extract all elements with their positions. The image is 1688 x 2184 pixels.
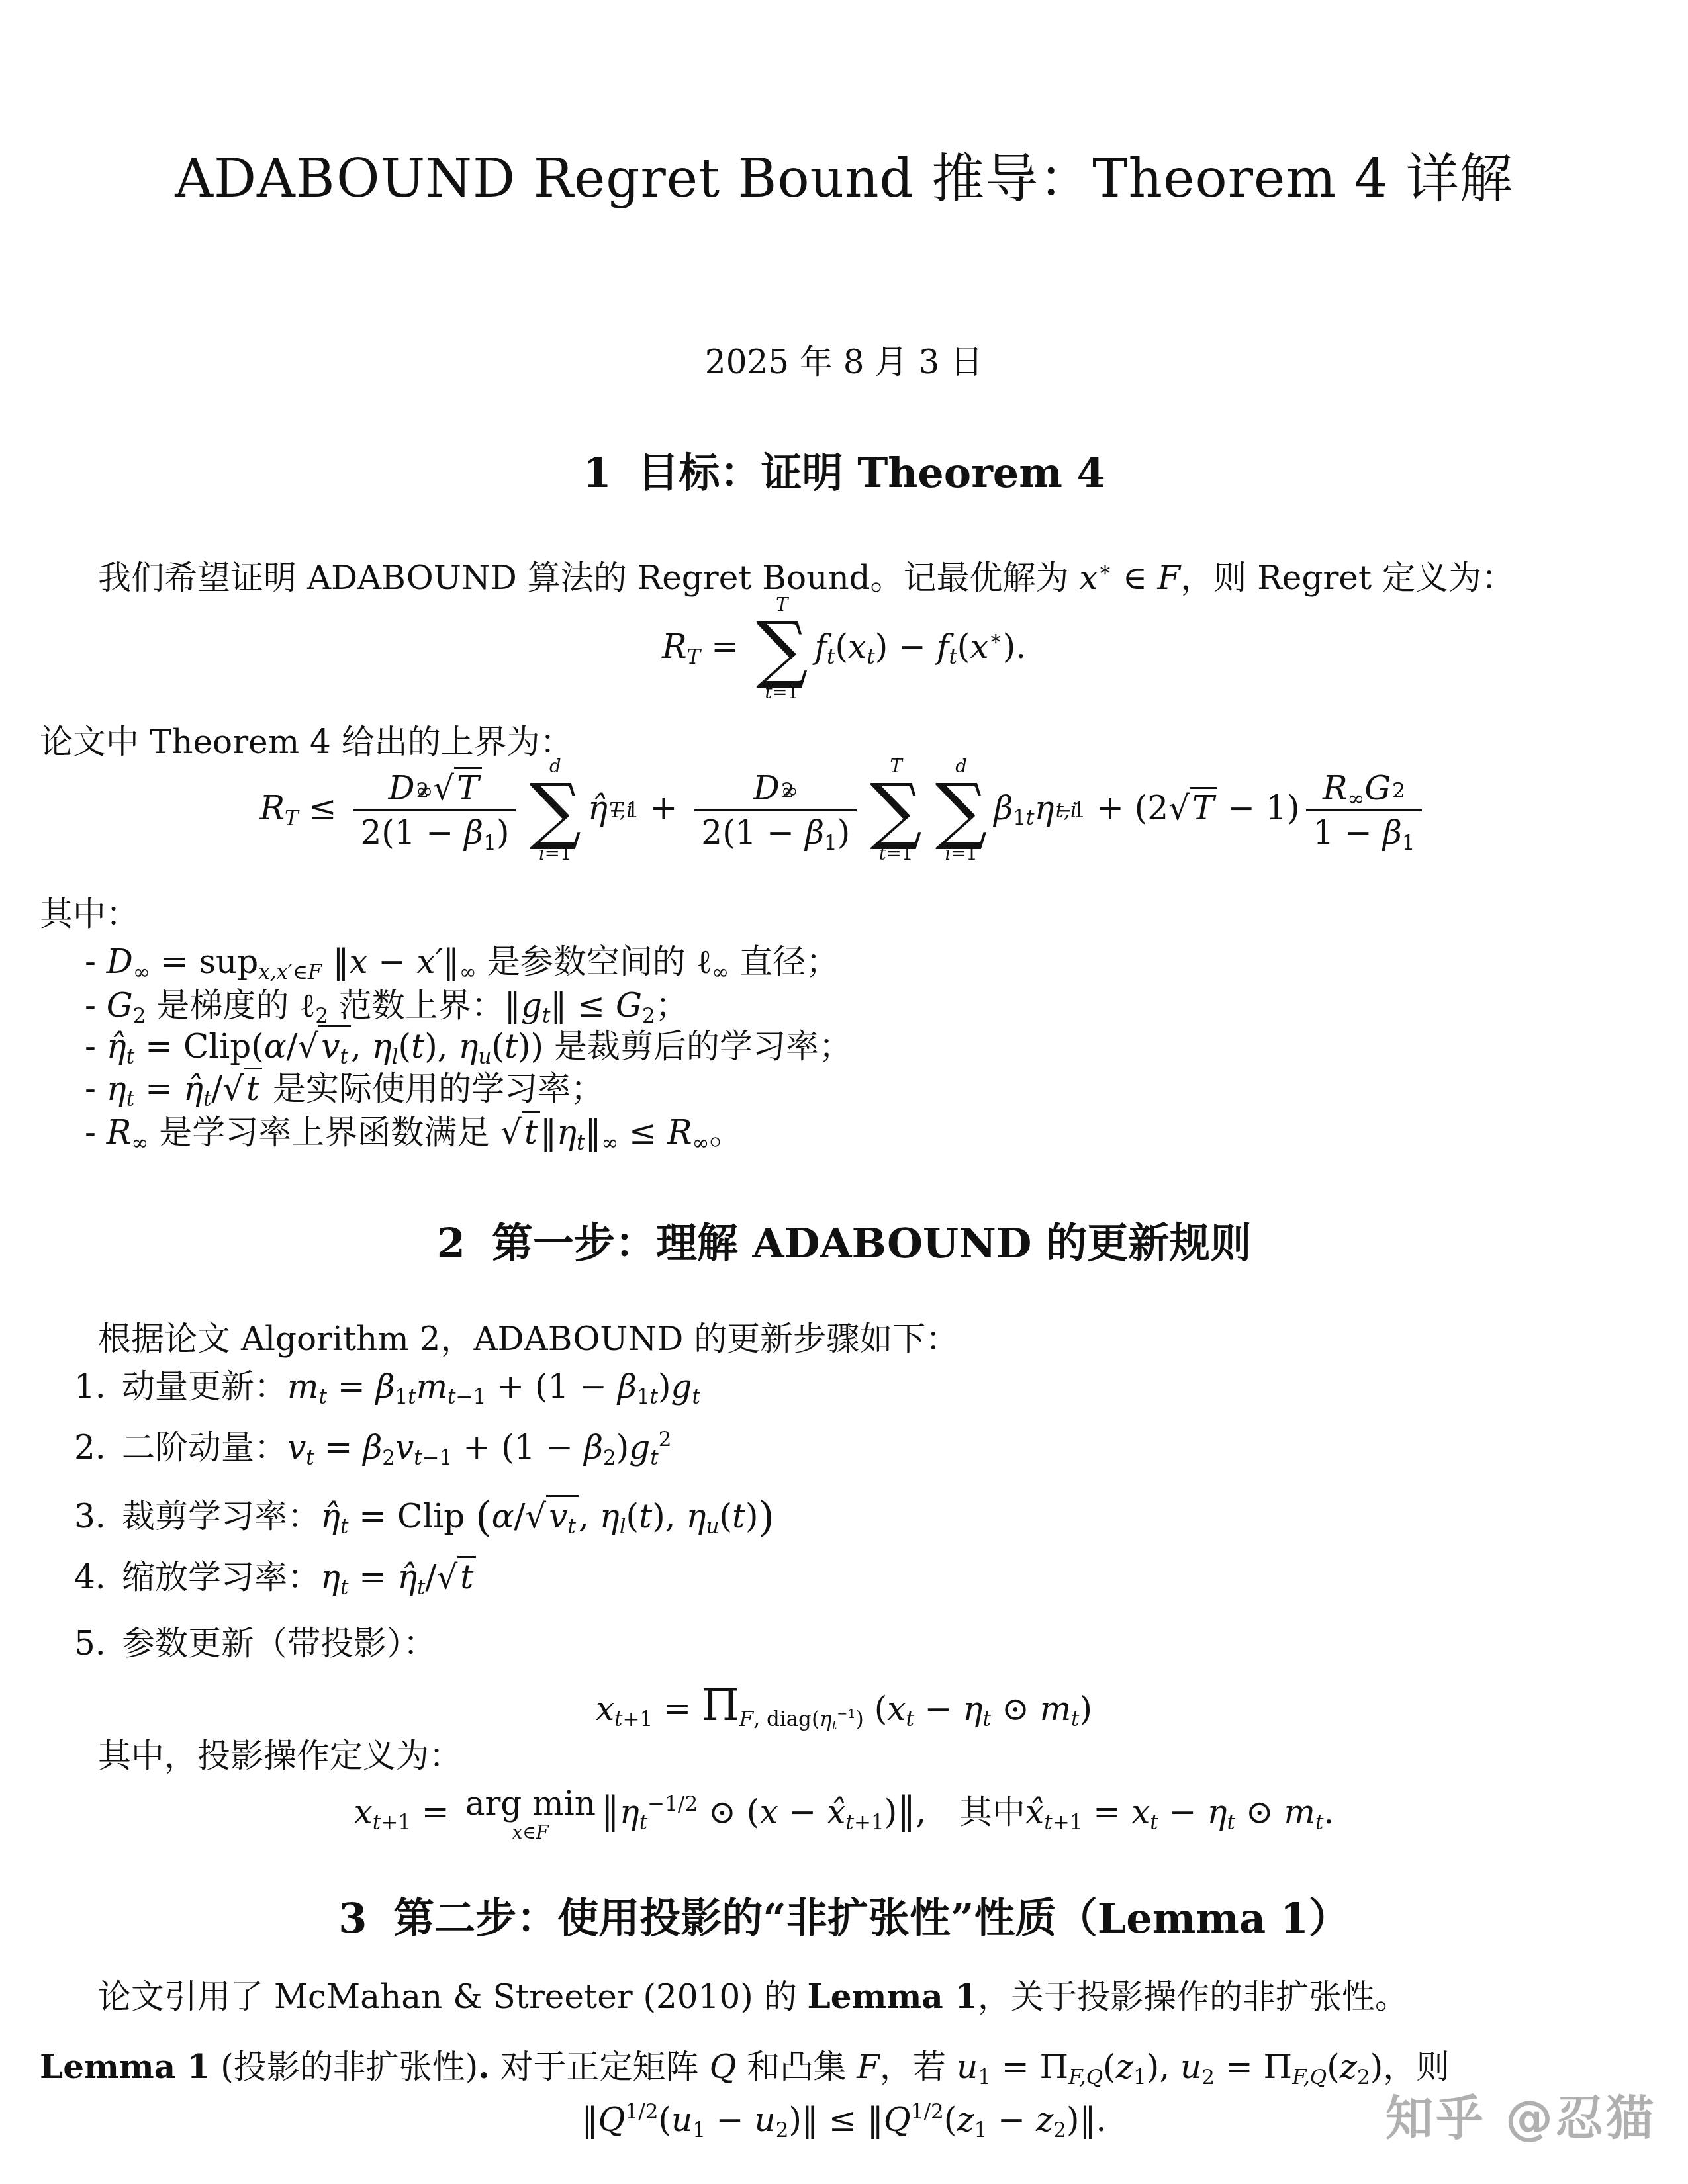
equation-theorem4-bound: RT ≤ D2∞√T2(1 − β1)d∑i=1η̂−1T,i + D2∞2(1…	[40, 756, 1648, 865]
step-text: 缩放学习率：ηt = η̂t/√t	[122, 1556, 476, 1596]
step-number: 3.	[74, 1493, 122, 1539]
step-item-scale-lr: 4.缩放学习率：ηt = η̂t/√t	[74, 1554, 1648, 1600]
definition-item-g2: - G2 是梯度的 ℓ2 范数上界：‖gt‖ ≤ G2；	[85, 982, 1648, 1028]
step-text: 裁剪学习率：η̂t = Clip (α/√vt, ηl(t), ηu(t))	[122, 1497, 774, 1535]
step-number: 4.	[74, 1554, 122, 1600]
section-3-number: 3	[338, 1894, 367, 1942]
section-2-title: 第一步：理解 ADABOUND 的更新规则	[492, 1219, 1251, 1267]
step-item-param-update: 5.参数更新（带投影）：	[74, 1620, 1648, 1666]
document-title: ADABOUND Regret Bound 推导：Theorem 4 详解	[40, 147, 1648, 210]
step-text: 动量更新：mt = β1tmt−1 + (1 − β1t)gt	[122, 1367, 700, 1406]
section-3-title: 第二步：使用投影的“非扩张性”性质（Lemma 1）	[393, 1894, 1349, 1942]
step-text: 参数更新（带投影）：	[122, 1624, 436, 1662]
zhihu-watermark: 知乎 @忍猫	[1385, 2085, 1656, 2152]
document-date: 2025 年 8 月 3 日	[40, 339, 1648, 385]
document-page: ADABOUND Regret Bound 推导：Theorem 4 详解 20…	[0, 0, 1688, 2184]
section-2-number: 2	[437, 1219, 465, 1267]
section-2-intro-paragraph: 根据论文 Algorithm 2，ADABOUND 的更新步骤如下：	[40, 1316, 1648, 1362]
step-item-momentum: 1.动量更新：mt = β1tmt−1 + (1 − β1t)gt	[74, 1363, 1648, 1410]
step-text: 二阶动量：vt = β2vt−1 + (1 − β2)gt2	[122, 1428, 672, 1467]
step-item-second-moment: 2.二阶动量：vt = β2vt−1 + (1 − β2)gt2	[74, 1424, 1648, 1471]
equation-projection-update: xt+1 = ΠF, diag(ηt−1) (xt − ηt ⊙ mt)	[40, 1676, 1648, 1736]
section-2-heading: 2第一步：理解 ADABOUND 的更新规则	[40, 1219, 1648, 1268]
projection-intro-paragraph: 其中，投影操作定义为：	[40, 1733, 1648, 1779]
section-1-title: 目标：证明 Theorem 4	[638, 449, 1105, 497]
section-1-number: 1	[583, 449, 611, 497]
section-1-heading: 1目标：证明 Theorem 4	[40, 449, 1648, 498]
definition-item-d-infinity: - D∞ = supx,x′∈F ‖x − x′‖∞ 是参数空间的 ℓ∞ 直径；	[85, 938, 1648, 985]
equation-argmin-projection: xt+1 = arg minx∈F‖ηt−1/2 ⊙ (x − x̂t+1)‖,…	[40, 1786, 1648, 1843]
definition-item-eta-hat: - η̂t = Clip(α/√vt, ηl(t), ηu(t)) 是裁剪后的学…	[85, 1023, 1648, 1069]
equation-regret-definition: RT = T∑t=1ft(xt) − ft(x∗).	[40, 594, 1648, 704]
lemma-statement: Lemma 1 (投影的非扩张性). 对于正定矩阵 Q 和凸集 F，若 u1 =…	[40, 2044, 1648, 2090]
step-number: 5.	[74, 1620, 122, 1666]
step-number: 2.	[74, 1424, 122, 1471]
step-item-clip-lr: 3.裁剪学习率：η̂t = Clip (α/√vt, ηl(t), ηu(t))	[74, 1488, 1648, 1546]
definition-item-eta: - ηt = η̂t/√t 是实际使用的学习率；	[85, 1066, 1648, 1112]
section-3-heading: 3第二步：使用投影的“非扩张性”性质（Lemma 1）	[40, 1894, 1648, 1943]
section-3-intro-paragraph: 论文引用了 McMahan & Streeter (2010) 的 Lemma …	[40, 1974, 1648, 2020]
where-label: 其中：	[40, 891, 1648, 937]
step-number: 1.	[74, 1363, 122, 1410]
definition-item-r-infinity: - R∞ 是学习率上界函数满足 √t‖ηt‖∞ ≤ R∞。	[85, 1109, 1648, 1156]
